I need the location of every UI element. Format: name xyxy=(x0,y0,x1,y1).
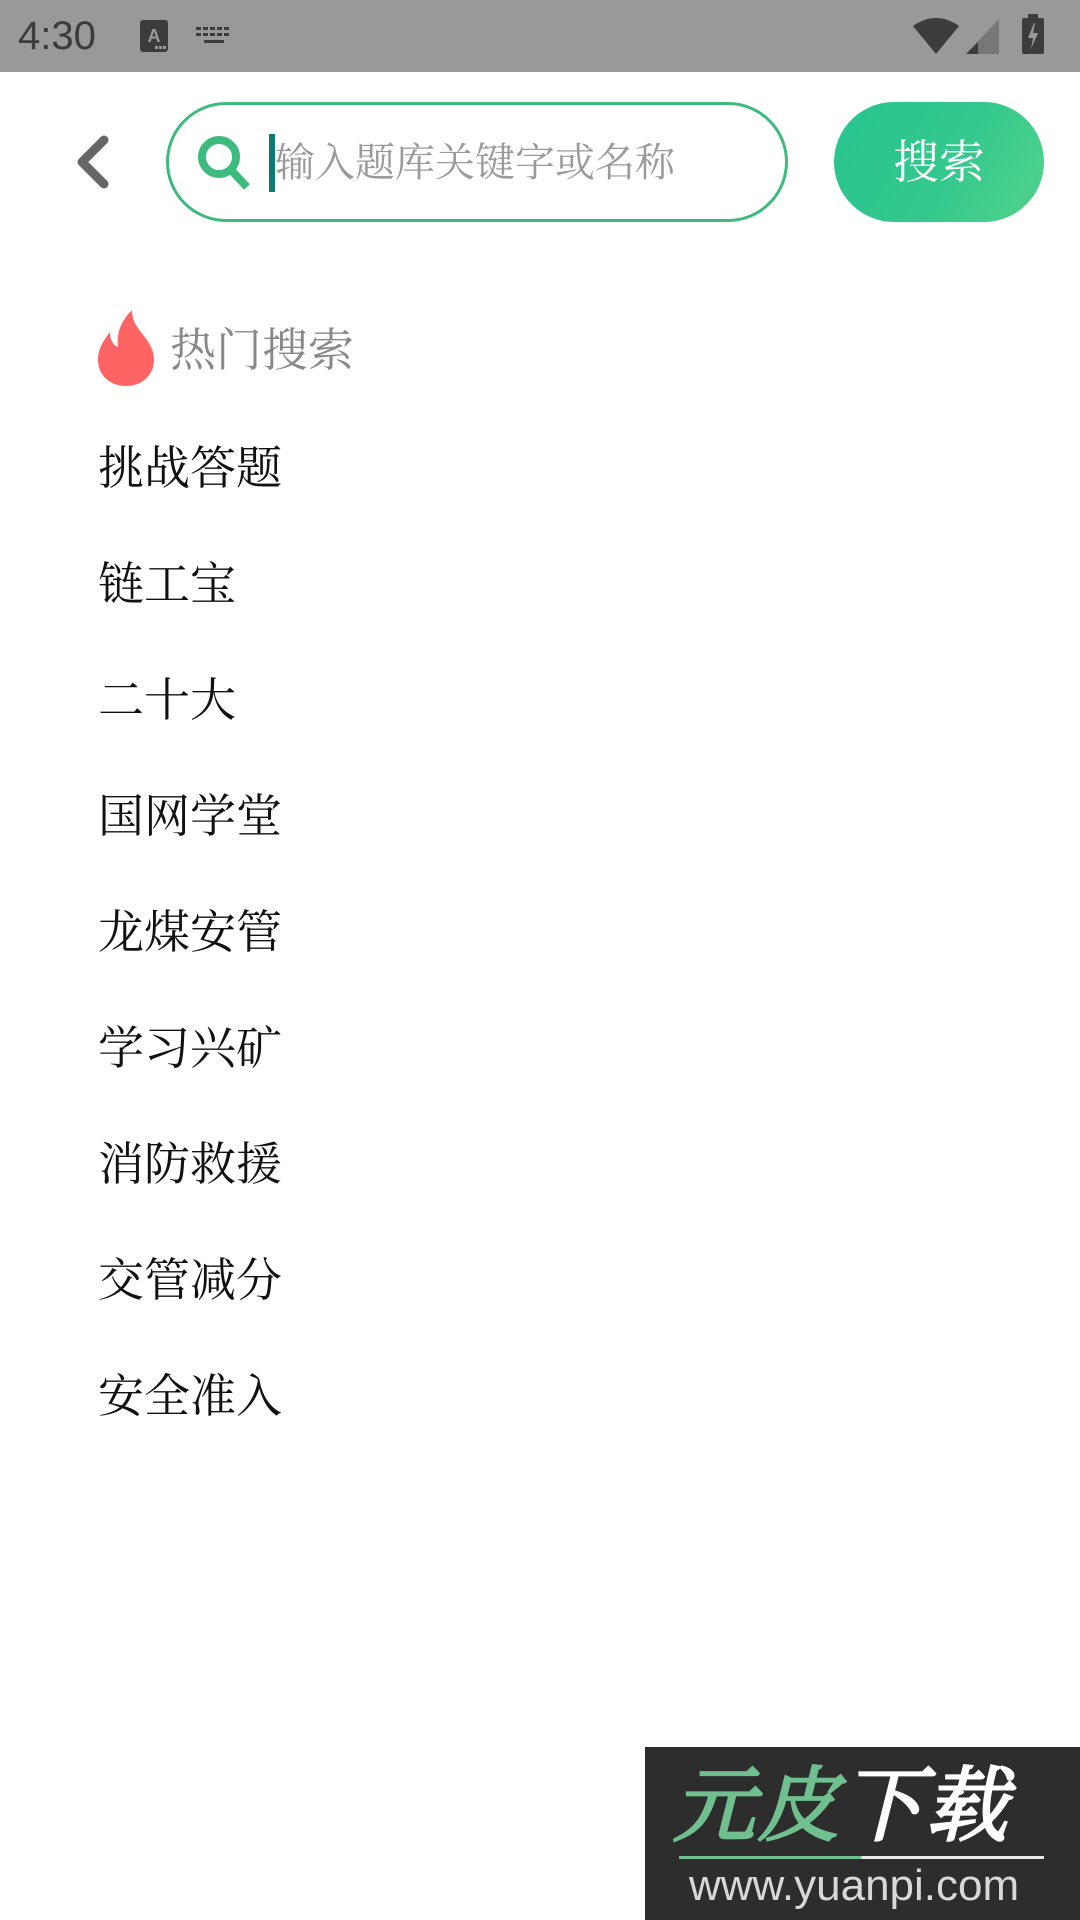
battery-charging-icon xyxy=(1022,14,1044,54)
hot-search-list: 挑战答题 链工宝 二十大 国网学堂 龙煤安管 学习兴矿 消防救援 交管减分 安全… xyxy=(98,410,998,1454)
chevron-left-icon xyxy=(66,128,122,196)
watermark-logo: 元皮下载 www.yuanpi.com xyxy=(645,1747,1080,1920)
search-button[interactable]: 搜索 xyxy=(834,102,1044,222)
search-input[interactable] xyxy=(275,125,755,201)
hot-search-item[interactable]: 二十大 xyxy=(98,642,998,758)
search-box[interactable] xyxy=(166,102,788,222)
input-method-a-icon: A xyxy=(140,20,168,52)
hot-search-item[interactable]: 龙煤安管 xyxy=(98,874,998,990)
watermark-url: www.yuanpi.com xyxy=(689,1859,1019,1913)
hot-search-item[interactable]: 消防救援 xyxy=(98,1106,998,1222)
svg-text:A: A xyxy=(148,26,161,46)
search-icon xyxy=(197,135,253,193)
wifi-icon xyxy=(913,16,959,54)
watermark-title: 元皮下载 xyxy=(673,1759,1009,1855)
hot-search-item[interactable]: 国网学堂 xyxy=(98,758,998,874)
hot-search-item[interactable]: 安全准入 xyxy=(98,1338,998,1454)
hot-search-item[interactable]: 学习兴矿 xyxy=(98,990,998,1106)
watermark-title-white: 下载 xyxy=(841,1759,1009,1854)
cell-signal-icon xyxy=(966,19,999,54)
status-bar: 4:30 A xyxy=(0,0,1080,72)
watermark-title-green: 元皮 xyxy=(673,1759,841,1854)
hot-search-item[interactable]: 挑战答题 xyxy=(98,410,998,526)
flame-icon xyxy=(96,310,156,386)
hot-search-title: 热门搜索 xyxy=(170,320,354,380)
hot-search-item[interactable]: 交管减分 xyxy=(98,1222,998,1338)
back-button[interactable] xyxy=(66,128,122,196)
status-time: 4:30 xyxy=(18,13,96,59)
keyboard-icon xyxy=(196,27,232,47)
hot-search-item[interactable]: 链工宝 xyxy=(98,526,998,642)
